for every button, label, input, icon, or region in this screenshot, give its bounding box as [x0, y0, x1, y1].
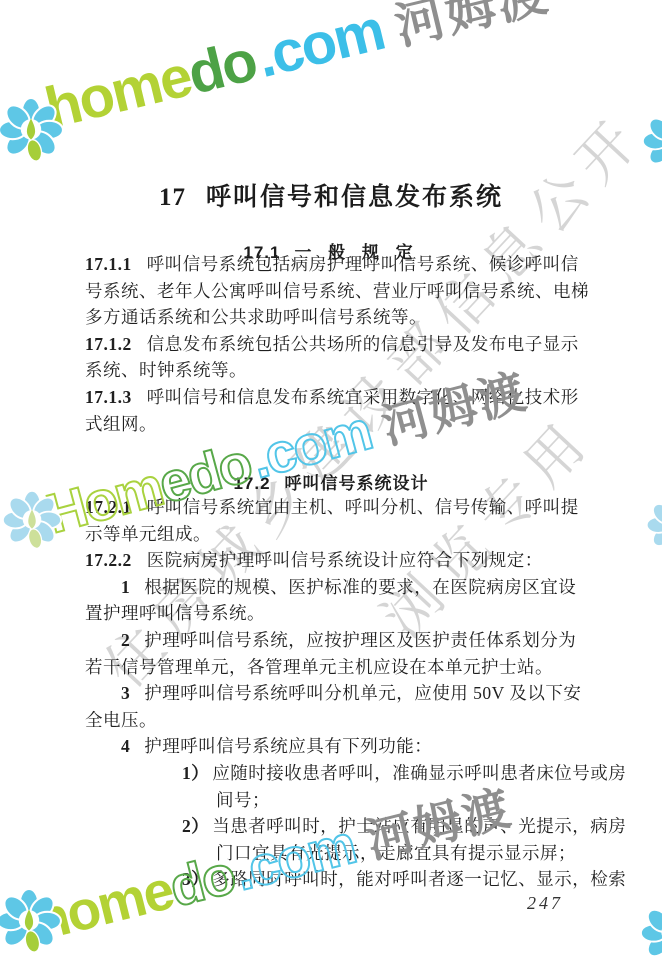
- text-line: 间号；: [85, 787, 590, 814]
- homedo-text-do: do: [182, 28, 262, 107]
- text-line: 置护理呼叫信号系统。: [85, 600, 590, 627]
- clause-number: 2: [121, 630, 130, 650]
- flower-graphic: [645, 496, 662, 554]
- line-text: 间号；: [216, 790, 270, 810]
- page-number: 247: [527, 893, 563, 914]
- clause-number: 2）: [182, 816, 209, 836]
- chapter-title: 17呼叫信号和信息发布系统: [0, 177, 662, 213]
- homedo-flower-logo-partial: [641, 110, 662, 172]
- text-line: 号系统、老年人公寓呼叫信号系统、营业厅呼叫信号系统、电梯: [85, 278, 590, 305]
- flower-graphic: [0, 96, 65, 164]
- line-text: 护理呼叫信号系统呼叫分机单元，应使用 50V 及以下安: [144, 683, 581, 703]
- clause-number: 17.1.1: [85, 254, 132, 274]
- line-text: 根据医院的规模、医护标准的要求，在医院病房区宜设: [144, 577, 576, 597]
- text-line: 若干信号管理单元，各管理单元主机应设在本单元护士站。: [85, 654, 590, 681]
- text-line: 全电压。: [85, 707, 590, 734]
- clause-number: 4: [121, 736, 130, 756]
- line-text: 护理呼叫信号系统应具有下列功能：: [144, 736, 432, 756]
- text-line: 4护理呼叫信号系统应具有下列功能：: [85, 733, 590, 760]
- text-line: 17.1.1呼叫信号系统包括病房护理呼叫信号系统、候诊呼叫信: [85, 251, 590, 278]
- homedo-flower-logo: [0, 96, 65, 164]
- line-text: 置护理呼叫信号系统。: [85, 603, 265, 623]
- homedo-text-cn: 河姆渡: [390, 0, 554, 55]
- line-text: 医院病房护理呼叫信号系统设计应符合下列规定：: [147, 550, 543, 570]
- text-line: 17.2.2医院病房护理呼叫信号系统设计应符合下列规定：: [85, 547, 590, 574]
- flower-graphic: [641, 110, 662, 172]
- clause-number: 3: [121, 683, 130, 703]
- scanned-standard-page: 住房城乡建设部信息公开 浏览专用 17呼叫信号和信息发布系统 17.1一 般 规…: [0, 0, 662, 958]
- line-text: 多方通话系统和公共求助呼叫信号系统等。: [85, 307, 427, 327]
- line-text: 若干信号管理单元，各管理单元主机应设在本单元护士站。: [85, 657, 553, 677]
- text-line: 多方通话系统和公共求助呼叫信号系统等。: [85, 304, 590, 331]
- text-line: 示等单元组成。: [85, 521, 590, 548]
- text-line: 1根据医院的规模、医护标准的要求，在医院病房区宜设: [85, 574, 590, 601]
- homedo-flower-logo-partial: [645, 496, 662, 554]
- clause-number: 1: [121, 577, 130, 597]
- line-text: 全电压。: [85, 710, 157, 730]
- homedo-text-com: .com: [251, 0, 390, 90]
- chapter-number: 17: [159, 184, 186, 211]
- homedo-flower-logo: [1, 489, 63, 551]
- line-text: 护理呼叫信号系统，应按护理区及医护责任体系划分为: [144, 630, 576, 650]
- flower-graphic: [1, 489, 63, 551]
- line-text: 信息发布系统包括公共场所的信息引导及发布电子显示: [147, 334, 579, 354]
- text-line: 3护理呼叫信号系统呼叫分机单元，应使用 50V 及以下安: [85, 680, 590, 707]
- line-text: 呼叫信号系统包括病房护理呼叫信号系统、候诊呼叫信: [147, 254, 579, 274]
- line-text: 号系统、老年人公寓呼叫信号系统、营业厅呼叫信号系统、电梯: [85, 281, 589, 301]
- clause-number: 17.1.3: [85, 387, 132, 407]
- homedo-flower-logo: [0, 887, 63, 955]
- homedo-watermark-top: homedo.com河姆渡: [40, 0, 555, 140]
- line-text: 系统、时钟系统等。: [85, 360, 247, 380]
- homedo-text-do: do: [164, 843, 240, 918]
- clause-number: 1）: [182, 763, 209, 783]
- text-line: 17.1.2信息发布系统包括公共场所的信息引导及发布电子显示: [85, 331, 590, 358]
- line-text: 式组网。: [85, 414, 157, 434]
- line-text: 应随时接收患者呼叫，准确显示呼叫患者床位号或房: [212, 763, 626, 783]
- homedo-flower-logo-partial: [639, 901, 662, 958]
- flower-graphic: [0, 887, 63, 955]
- text-line: 1）应随时接收患者呼叫，准确显示呼叫患者床位号或房: [85, 760, 590, 787]
- chapter-name: 呼叫信号和信息发布系统: [206, 184, 503, 211]
- flower-graphic: [639, 901, 662, 958]
- clause-number: 17.2.2: [85, 550, 132, 570]
- text-line: 2护理呼叫信号系统，应按护理区及医护责任体系划分为: [85, 627, 590, 654]
- clause-number: 17.1.2: [85, 334, 132, 354]
